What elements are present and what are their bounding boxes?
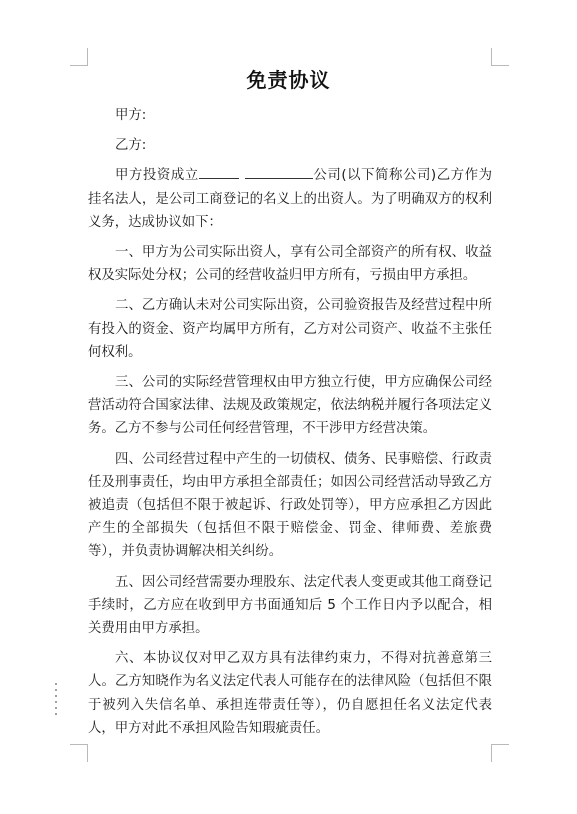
party-a-line[interactable]: 甲方: bbox=[88, 104, 492, 127]
margin-corner-bottom-right bbox=[491, 744, 509, 762]
clause-4[interactable]: 四、公司经营过程中产生的一切债权、债务、民事赔偿、行政责任及刑事责任，均由甲方承… bbox=[88, 448, 492, 564]
clause-5[interactable]: 五、因公司经营需要办理股东、法定代表人变更或其他工商登记手续时，乙方应在收到甲方… bbox=[88, 571, 492, 641]
margin-corner-bottom-left bbox=[70, 744, 88, 762]
clause-3[interactable]: 三、公司的实际经营管理权由甲方独立行使，甲方应确保公司经营活动符合国家法律、法规… bbox=[88, 371, 492, 441]
company-name-blank-1[interactable] bbox=[199, 164, 239, 179]
drag-handle-icon[interactable] bbox=[53, 680, 63, 694]
company-name-blank-2[interactable] bbox=[245, 164, 313, 179]
document-body[interactable]: 甲方: 乙方: 甲方投资成立公司(以下简称公司)乙方作为挂名法人，是公司工商登记… bbox=[88, 104, 492, 747]
clause-2[interactable]: 二、乙方确认未对公司实际出资，公司验资报告及经营过程中所有投入的资金、资产均属甲… bbox=[88, 294, 492, 364]
intro-paragraph[interactable]: 甲方投资成立公司(以下简称公司)乙方作为挂名法人，是公司工商登记的名义上的出资人… bbox=[88, 164, 492, 234]
clause-6[interactable]: 六、本协议仅对甲乙双方具有法律约束力，不得对抗善意第三人。乙方知晓作为名义法定代… bbox=[88, 647, 492, 740]
clause-1[interactable]: 一、甲方为公司实际出资人，享有公司全部资产的所有权、收益权及实际处分权；公司的经… bbox=[88, 241, 492, 287]
intro-text-1: 甲方投资成立 bbox=[115, 168, 199, 183]
document-title[interactable]: 免责协议 bbox=[0, 64, 577, 93]
party-b-line[interactable]: 乙方: bbox=[88, 134, 492, 157]
document-page: 免责协议 甲方: 乙方: 甲方投资成立公司(以下简称公司)乙方作为挂名法人，是公… bbox=[0, 0, 577, 814]
